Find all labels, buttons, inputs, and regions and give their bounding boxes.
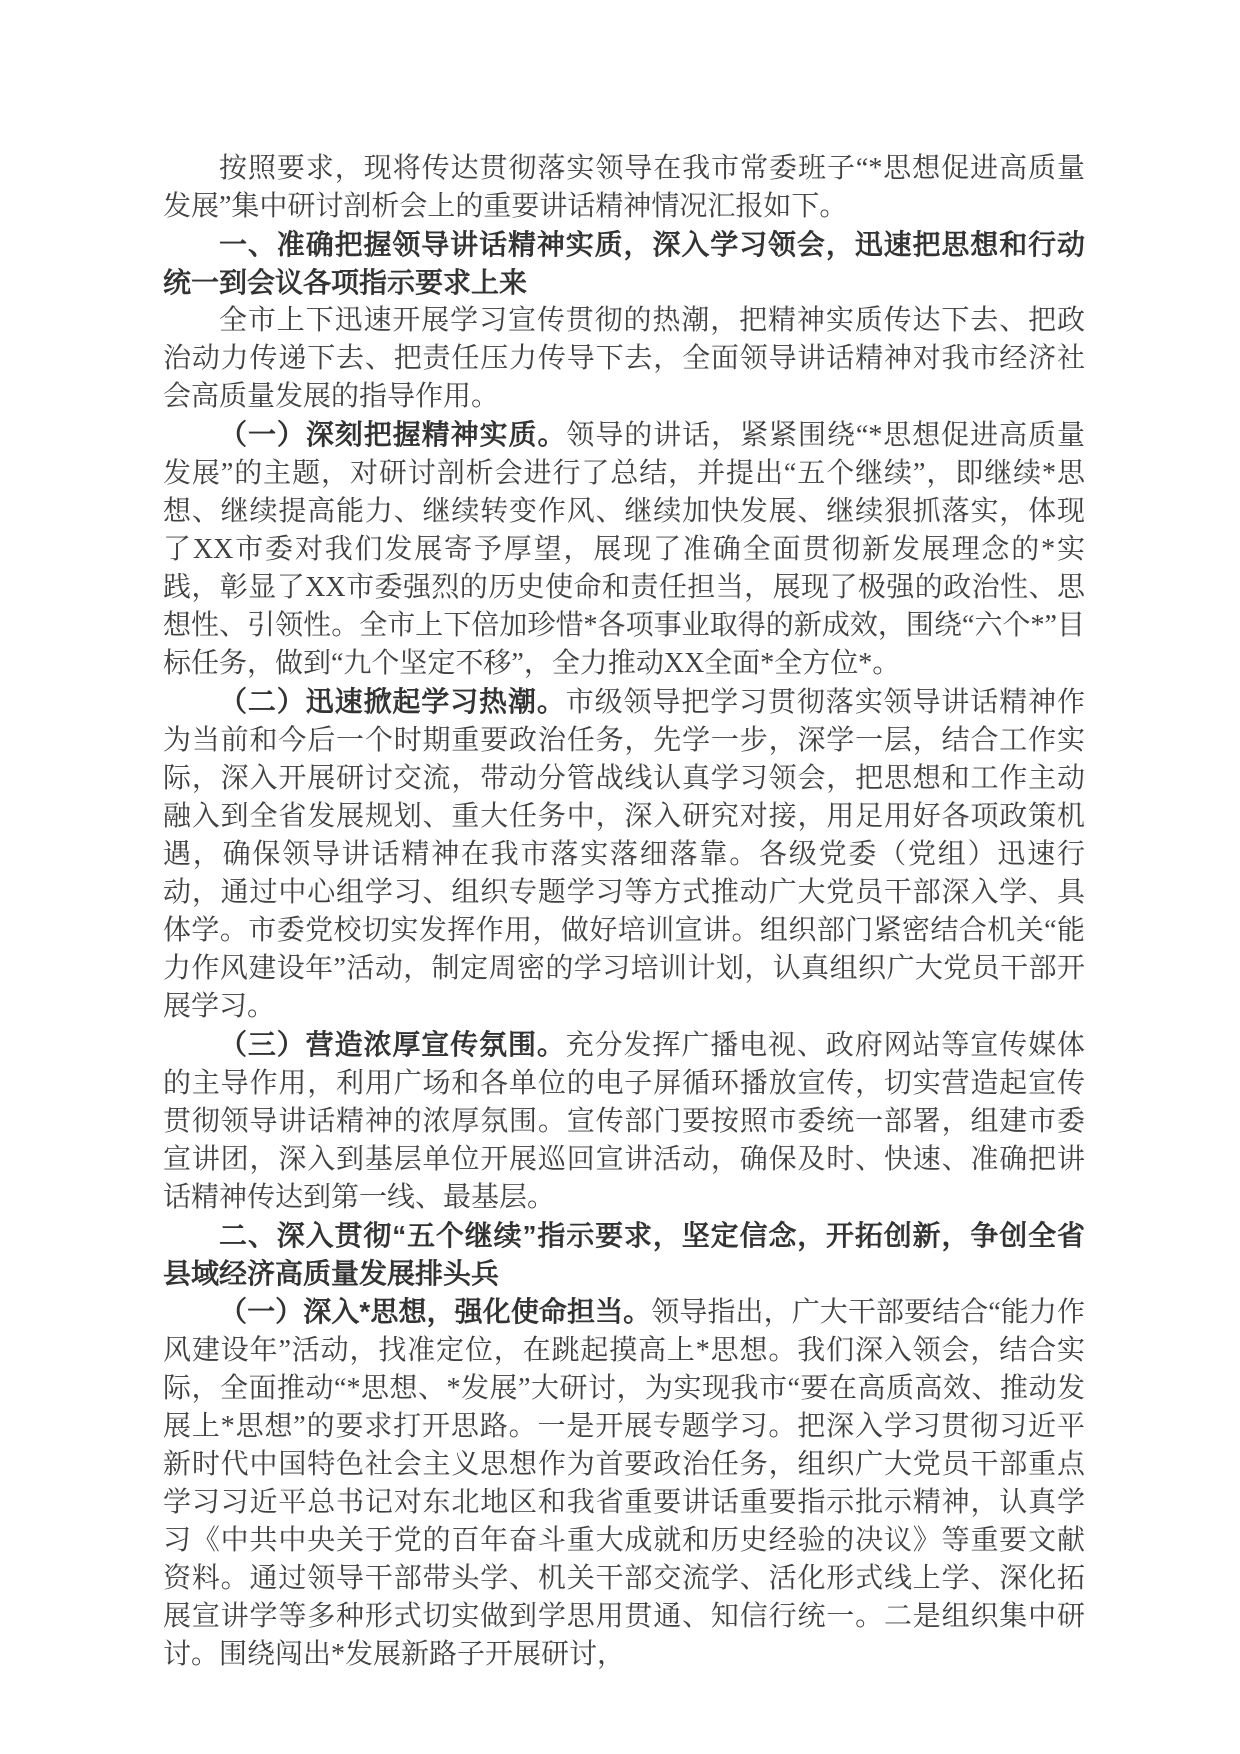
paragraph-section-2-sub-1-text: 领导指出，广大干部要结合“能力作风建设年”活动，找准定位，在跳起摸高上*思想。我… <box>163 1297 1085 1670</box>
heading-section-2: 二、深入贯彻“五个继续”指示要求，坚定信念，开拓创新，争创全省县域经济高质量发展… <box>163 1217 1085 1293</box>
subheading-1-2: （二）迅速掀起学习热潮。 <box>219 686 566 717</box>
paragraph-section-1-intro: 全市上下迅速开展学习宣传贯彻的热潮，把精神实质传达下去、把政治动力传递下去、把责… <box>163 302 1085 416</box>
paragraph-section-1-sub-3: （三）营造浓厚宣传氛围。充分发挥广播电视、政府网站等宣传媒体的主导作用，利用广场… <box>163 1026 1085 1217</box>
document-content: 按照要求，现将传达贯彻落实领导在我市常委班子“*思想促进高质量发展”集中研讨剖析… <box>163 150 1085 1674</box>
paragraph-section-1-sub-2-text: 市级领导把学习贯彻落实领导讲话精神作为当前和今后一个时期重要政治任务，先学一步，… <box>163 687 1085 1022</box>
subheading-1-1: （一）深刻把握精神实质。 <box>219 419 566 450</box>
paragraph-opening: 按照要求，现将传达贯彻落实领导在我市常委班子“*思想促进高质量发展”集中研讨剖析… <box>163 150 1085 226</box>
subheading-1-3: （三）营造浓厚宣传氛围。 <box>219 1029 566 1060</box>
paragraph-section-1-sub-2: （二）迅速掀起学习热潮。市级领导把学习贯彻落实领导讲话精神作为当前和今后一个时期… <box>163 683 1085 1026</box>
paragraph-section-2-sub-1: （一）深入*思想，强化使命担当。领导指出，广大干部要结合“能力作风建设年”活动，… <box>163 1293 1085 1674</box>
paragraph-section-1-sub-1: （一）深刻把握精神实质。领导的讲话，紧紧围绕“*思想促进高质量发展”的主题，对研… <box>163 416 1085 683</box>
document-page: 按照要求，现将传达贯彻落实领导在我市常委班子“*思想促进高质量发展”集中研讨剖析… <box>0 0 1240 1754</box>
subheading-2-1: （一）深入*思想，强化使命担当。 <box>219 1296 651 1327</box>
paragraph-section-1-sub-1-text: 领导的讲话，紧紧围绕“*思想促进高质量发展”的主题，对研讨剖析会进行了总结，并提… <box>163 420 1085 679</box>
heading-section-1: 一、准确把握领导讲话精神实质，深入学习领会，迅速把思想和行动统一到会议各项指示要… <box>163 226 1085 302</box>
